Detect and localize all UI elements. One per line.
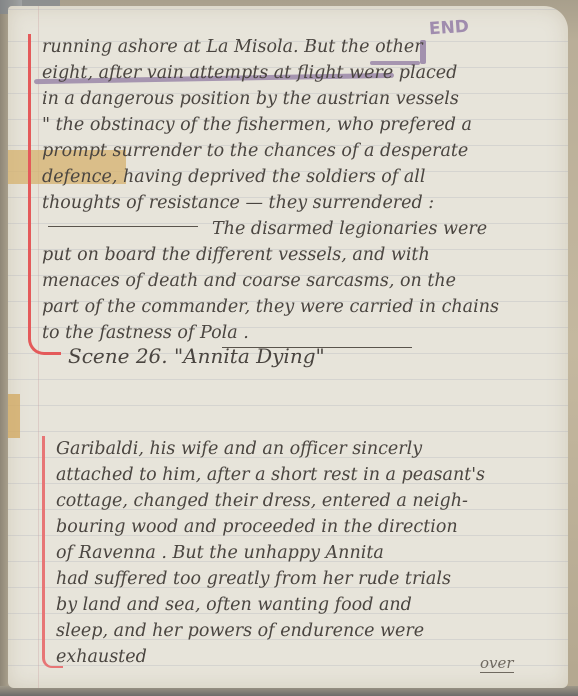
text-line: of Ravenna . But the unhappy Annita [56,540,384,566]
text-line: menaces of death and coarse sarcasms, on… [42,268,456,294]
text-line: attached to him, after a short rest in a… [56,462,485,488]
text-line: prompt surrender to the chances of a des… [42,138,468,164]
text-line: defence, having deprived the soldiers of… [42,164,426,190]
manuscript-page: END running ashore at La Misola. But the… [8,6,568,688]
text-line: put on board the different vessels, and … [42,242,430,268]
page-turn-note: over [480,654,514,673]
text-line: cottage, changed their dress, entered a … [56,488,468,514]
pen-rule [48,226,198,227]
text-line: sleep, and her powers of endurence were [56,618,424,644]
text-line: eight, after vain attempts at flight wer… [42,60,457,86]
scene-heading: Scene 26. "Annita Dying" [68,344,325,368]
text-line: " the obstinacy of the fishermen, who pr… [42,112,472,138]
text-line: had suffered too greatly from her rude t… [56,566,451,592]
text-line: by land and sea, often wanting food and [56,592,412,618]
text-line: bouring wood and proceeded in the direct… [56,514,458,540]
text-line: in a dangerous position by the austrian … [42,86,459,112]
text-line: running ashore at La Misola. But the oth… [42,34,423,60]
text-line: exhausted [56,644,147,670]
text-line: thoughts of resistance — they surrendere… [42,190,434,216]
text-line: Garibaldi, his wife and an officer since… [56,436,422,462]
end-stamp: END [428,17,469,40]
text-line: part of the commander, they were carried… [42,294,499,320]
tape-fragment [8,394,20,438]
text-line: The disarmed legionaries were [212,216,487,242]
text-line: to the fastness of Pola . [42,320,249,346]
